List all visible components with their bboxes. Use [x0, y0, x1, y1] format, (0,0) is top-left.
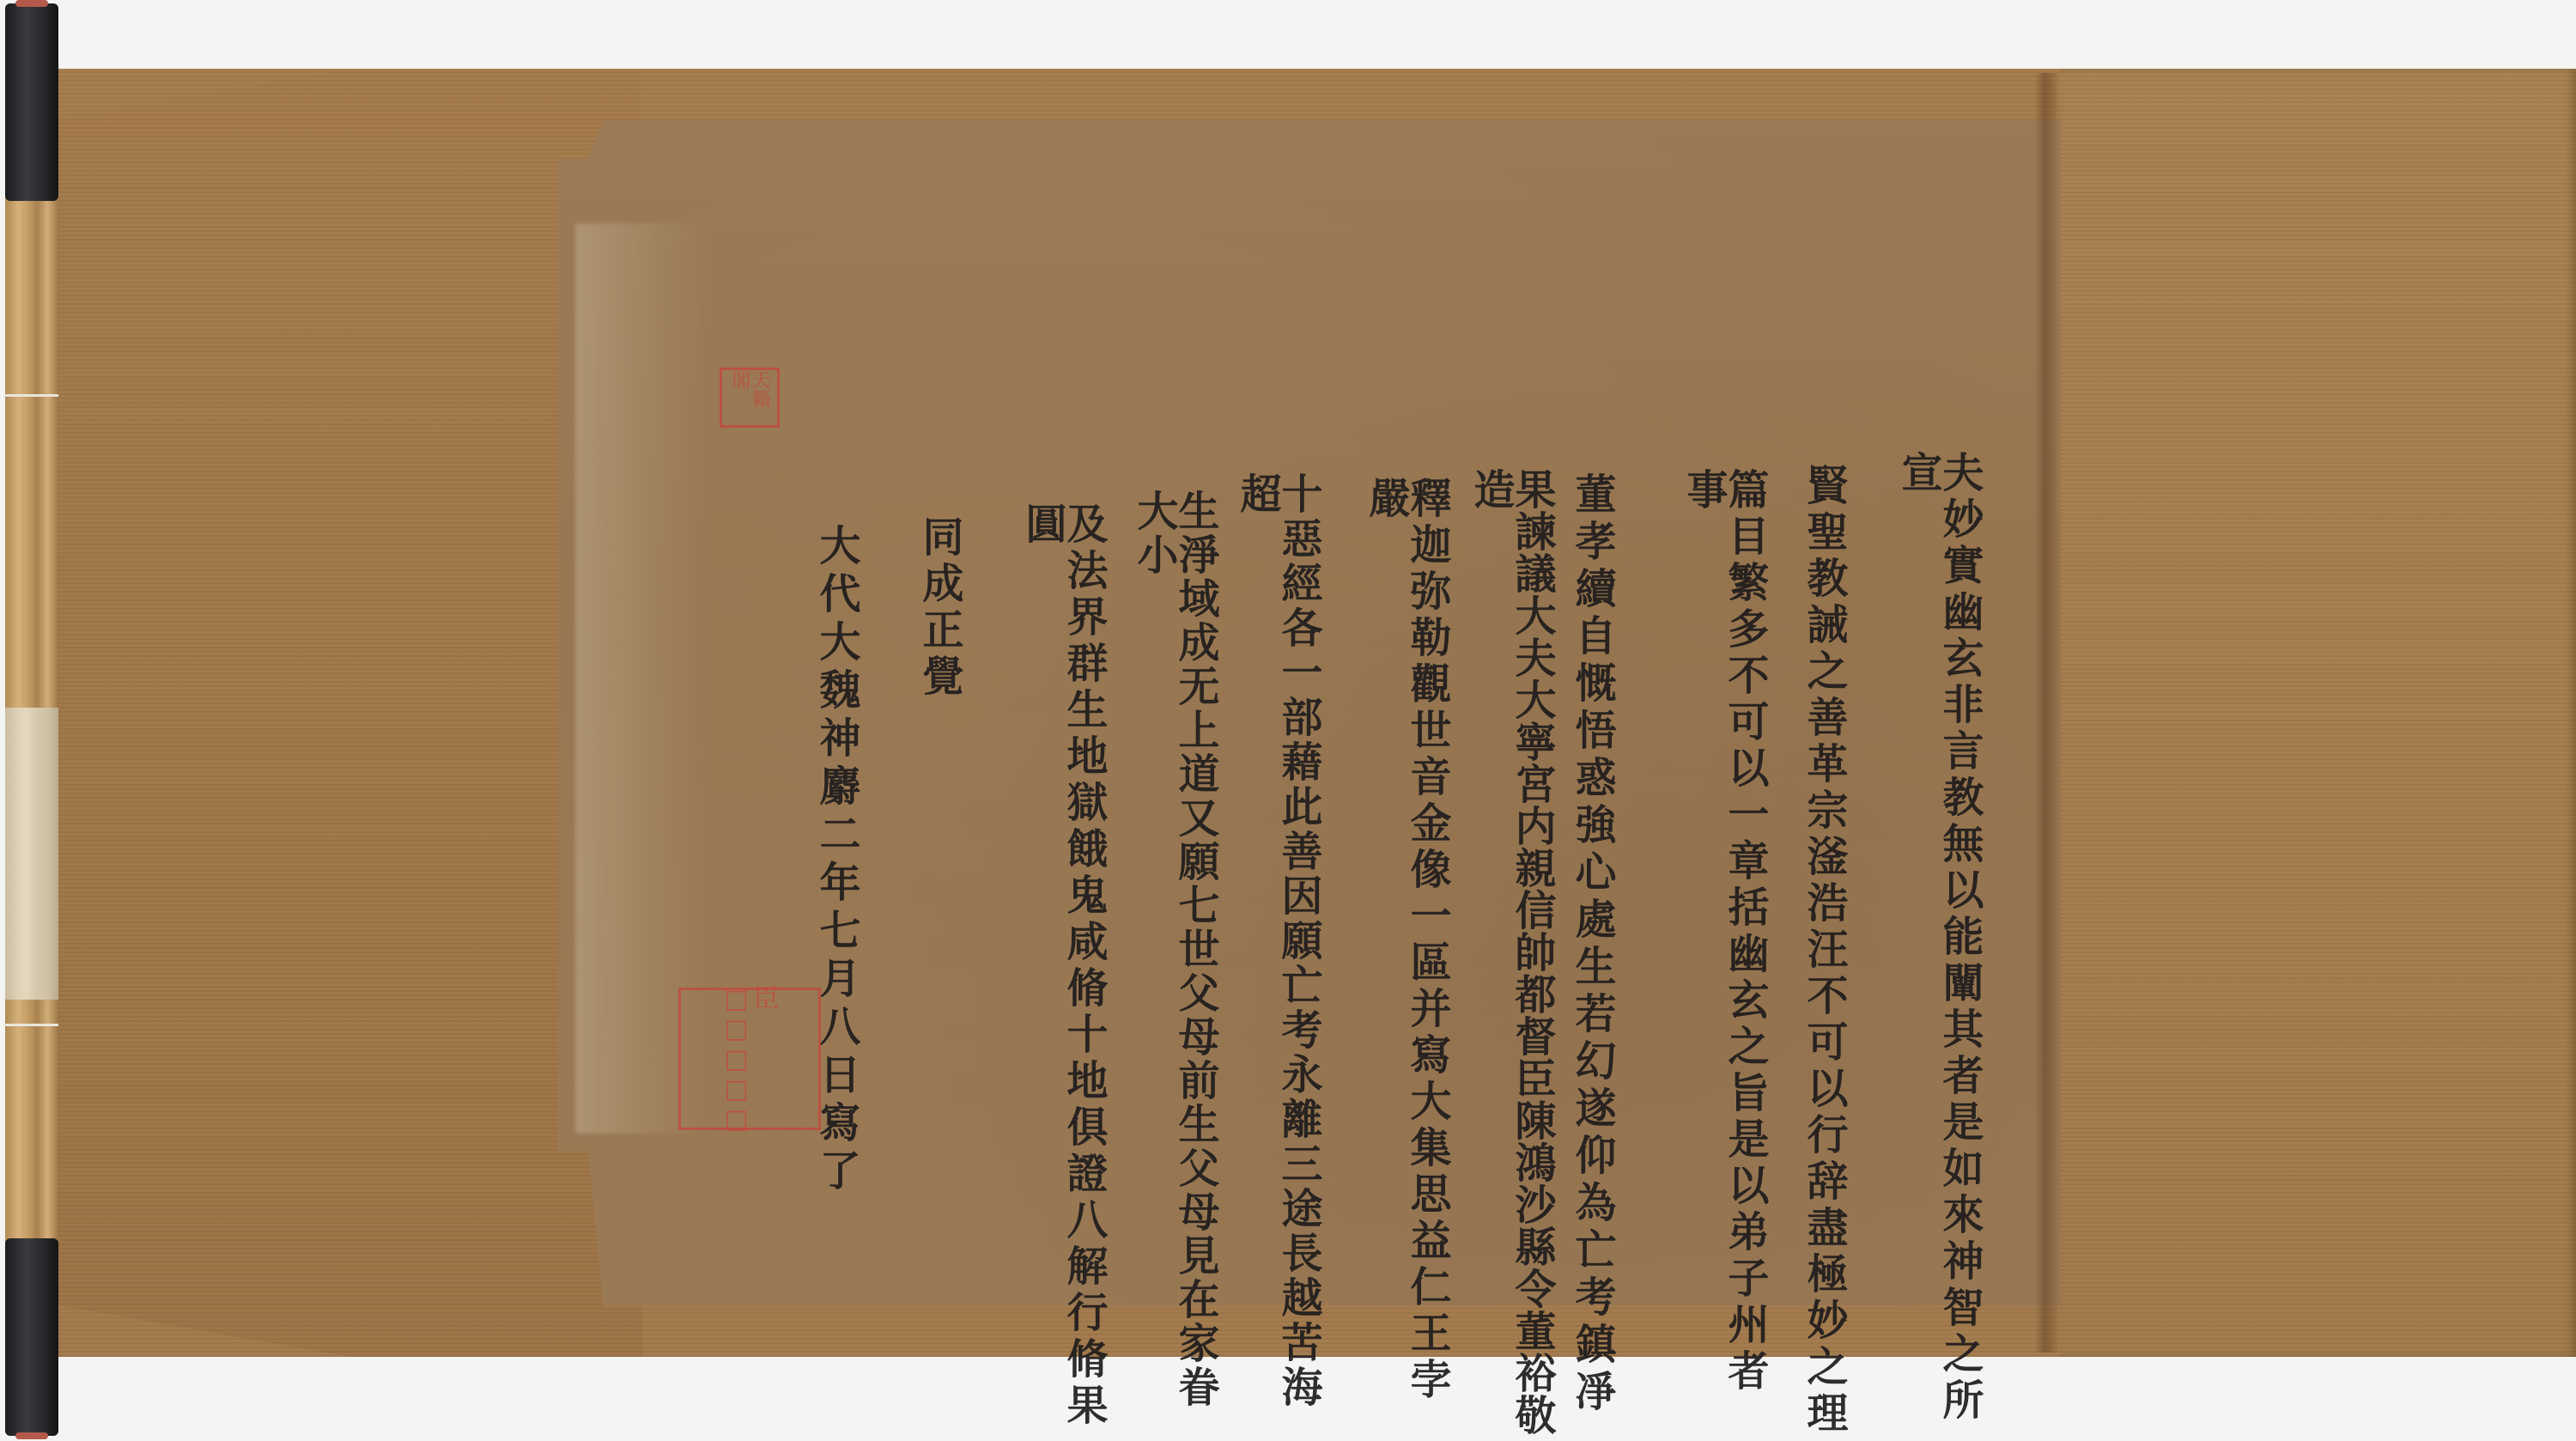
colophon-column: 及法界群生地獄餓鬼咸脩十地俱證八解行脩果圓: [1022, 502, 1104, 1441]
sheet-seam: [2035, 73, 2059, 1353]
colophon-column: 生淨域成无上道又願七世父母前生父母見在家眷大小: [1133, 489, 1216, 1441]
roller-bottom-tip: [15, 1432, 48, 1439]
mount-right-panel: [2061, 69, 2576, 1357]
colophon-column: 十惡經各一部藉此善因願亡考永離三途長越苦海超: [1236, 472, 1319, 1441]
roller-top-tip: [15, 0, 48, 7]
mount-left-panel: [58, 69, 642, 1357]
roller-wrapping-band: [5, 708, 58, 1000]
collector-seal-upper: 天籟閣: [720, 368, 780, 428]
roller-top-cap: [5, 3, 58, 201]
colophon-column: 夫妙實幽玄非言教無以能闡其者是如來神智之所宣: [1898, 451, 1980, 1441]
scroll-roller: [5, 3, 58, 1436]
colophon-column: 釋迦弥勒觀世音金像一區并寫大集思益仁王孛嚴: [1365, 477, 1448, 1441]
colophon-date-column: 大代大魏神麝二年七月八日寫了: [816, 524, 857, 1197]
colophon-column: 董孝續自慨悟惑強心處生若幻遂仰為亡考鎮凈: [1571, 472, 1613, 1417]
roller-tie-string: [3, 1024, 60, 1026]
roller-tie-string: [3, 394, 60, 397]
roller-bottom-cap: [5, 1238, 58, 1436]
colophon-column: 賢聖教誡之善革宗滏浩汪不可以行辞盡極妙之理: [1803, 464, 1844, 1438]
colophon-column-closing: 同成正覺: [919, 515, 960, 701]
collector-seal-lower: 臣□□□□□: [678, 988, 821, 1130]
colophon-column: 果諫議大夫大寧宮内親信帥都督臣陳鴻沙縣令董裕敬造: [1470, 468, 1552, 1441]
colophon-column: 篇目繁多不可以一章括幽玄之旨是以弟子州者事: [1683, 468, 1765, 1441]
